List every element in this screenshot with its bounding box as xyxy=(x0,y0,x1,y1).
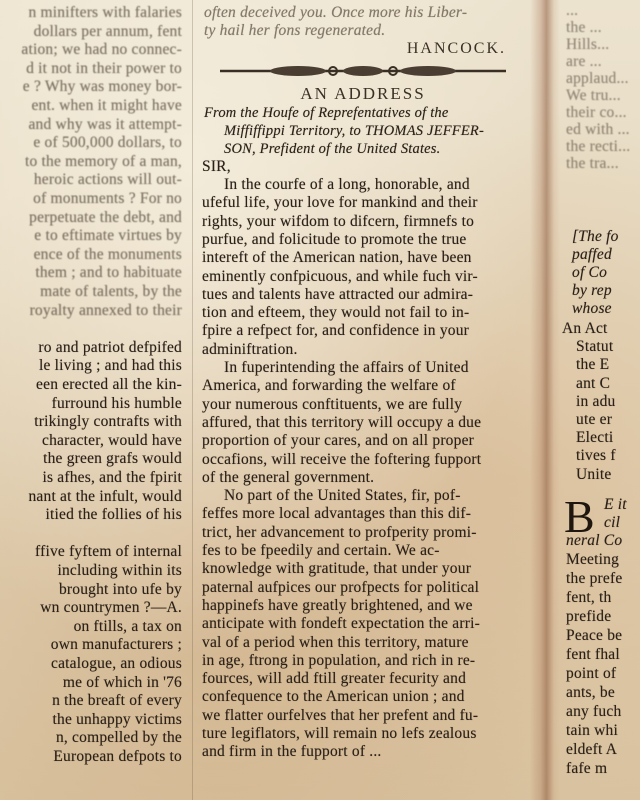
paragraph-line: No part of the United States, fir, pof- xyxy=(224,487,461,505)
right-text-line: cil xyxy=(604,514,620,532)
text-line: of monuments ? For no xyxy=(33,190,182,208)
paragraph-line: trict, her advancement to profperity pro… xyxy=(202,524,477,542)
text-line: n the breaft of every xyxy=(52,692,182,710)
right-text-line: the tra... xyxy=(566,155,619,173)
preceding-line: ty hail her fons regenerated. xyxy=(204,22,385,40)
text-line: een erected all the kin- xyxy=(36,376,182,394)
right-text-line: fent, th xyxy=(566,589,612,607)
preceding-line: often deceived you. Once more his Liber- xyxy=(204,4,467,22)
right-text-line: E it xyxy=(604,496,627,514)
right-text-line: by rep xyxy=(572,282,612,300)
text-line: itied the follies of his xyxy=(45,506,182,524)
paragraph-line: fources, will add ftill greater fecurity… xyxy=(202,670,466,688)
left-column: n minifters with falariesdollars per ann… xyxy=(0,0,186,800)
right-text-line: ute er xyxy=(576,411,612,429)
paragraph-line: anticipate with fondeft expectation the … xyxy=(202,615,480,633)
page-fold-gutter xyxy=(530,0,560,800)
salutation: SIR, xyxy=(202,158,231,176)
text-line: n minifters with falaries xyxy=(29,4,183,22)
text-line: me of which in '76 xyxy=(63,674,182,692)
paragraph-line: adminiftration. xyxy=(202,341,298,359)
paragraph-line: rights, your wifdom to difcern, firmnefs… xyxy=(202,213,474,231)
right-text-line: the recti... xyxy=(566,138,630,156)
ornament-rule-icon xyxy=(218,64,508,78)
right-text-line: [The fo xyxy=(572,228,619,246)
newspaper-page: n minifters with falariesdollars per ann… xyxy=(0,0,640,800)
paragraph-line: affured, that this territory will occupy… xyxy=(202,414,481,432)
middle-column: often deceived you. Once more his Liber-… xyxy=(200,0,526,800)
text-line: brought into ufe by xyxy=(59,581,182,599)
right-text-line: Electi xyxy=(576,429,613,447)
right-text-line: Unite xyxy=(576,466,611,484)
text-line: the unhappy victims xyxy=(52,711,182,729)
text-line: mate of talents, by the xyxy=(40,283,182,301)
right-text-line: are ... xyxy=(566,53,602,71)
text-line: trikingly contrafts with xyxy=(34,413,182,431)
text-line: them ; and to habituate xyxy=(35,264,182,282)
text-line: ent. when it might have xyxy=(31,97,182,115)
paragraph-line: ture legiflators, will remain no lefs ze… xyxy=(202,725,477,743)
text-line: nant at the infult, would xyxy=(28,488,182,506)
right-text-line: ed with ... xyxy=(566,121,630,139)
paragraph-line: intereft of the American nation, have be… xyxy=(202,249,472,267)
paragraph-line: tues and talents have attracted our admi… xyxy=(202,286,473,304)
text-line: character, would have xyxy=(42,432,182,450)
paragraph-line: in age, ftrong in population, and rich i… xyxy=(202,652,475,670)
paragraph-line: proportion of your cares, and on all pro… xyxy=(202,432,474,450)
subtitle-line: Miffiffippi Territory, to THOMAS JEFFER- xyxy=(224,122,484,140)
right-column: B ...the ...Hills...are ...applaud...We … xyxy=(562,0,640,800)
paragraph-line: ufeful life, your love for mankind and t… xyxy=(202,194,478,212)
article-title: AN ADDRESS xyxy=(200,84,526,104)
text-line: furround his humble xyxy=(52,395,182,413)
text-line: e ? Why was money bor- xyxy=(23,78,182,96)
right-text-line: Peace be xyxy=(566,627,622,645)
text-line: heroic actions will out- xyxy=(34,171,182,189)
right-text-line: their co... xyxy=(566,104,627,122)
right-text-line: Hills... xyxy=(566,36,609,54)
right-text-line: the ... xyxy=(566,19,602,37)
text-line: e to eftimate virtues by xyxy=(34,227,182,245)
text-line: including within its xyxy=(57,562,182,580)
text-line: ation; we had no connec- xyxy=(21,41,182,59)
right-text-line: We tru... xyxy=(566,87,621,105)
text-line: wn countrymen ?—A. xyxy=(40,599,182,617)
right-text-line: tain whi xyxy=(566,722,618,740)
text-line: d it not in their power to xyxy=(26,60,182,78)
right-text-line: any fuch xyxy=(566,703,621,721)
paragraph-line: feffes more local advantages than this d… xyxy=(202,505,471,523)
right-text-line: prefide xyxy=(566,608,611,626)
paragraph-line: we flatter ourfelves that her prefent an… xyxy=(202,707,478,725)
text-line: is afhes, and the fpirit xyxy=(42,469,182,487)
text-line: le living ; and had this xyxy=(39,357,182,375)
text-line: ence of the monuments xyxy=(34,246,182,264)
subtitle-line: From the Houfe of Reprefentatives of the xyxy=(204,104,449,122)
right-text-line: point of xyxy=(566,665,616,683)
paragraph-line: paternal aufpices our profpects for poli… xyxy=(202,579,479,597)
paragraph-line: fpire a refpect for, and confidence in y… xyxy=(202,322,469,340)
paragraph-line: fes to be fpeedily and certain. We ac- xyxy=(202,542,440,560)
paragraph-line: val of a period when this territory, mat… xyxy=(202,634,469,652)
paragraph-line: and firm in the fupport of ... xyxy=(202,743,381,761)
text-line: own manufacturers ; xyxy=(51,636,182,654)
text-line: ro and patriot defpifed xyxy=(38,339,182,357)
text-line: and why was it attempt- xyxy=(28,116,182,134)
paragraph-line: tion and efteem, they would not fail to … xyxy=(202,304,469,322)
right-text-line: ant C xyxy=(576,375,610,393)
right-text-line: whose xyxy=(572,300,612,318)
paragraph-line: of the general government. xyxy=(202,469,374,487)
right-text-line: neral Co xyxy=(566,532,622,550)
right-text-line: of Co xyxy=(572,264,607,282)
right-text-line: eldeft A xyxy=(566,741,617,759)
right-text-line: An Act xyxy=(562,320,608,338)
right-text-line: in adu xyxy=(576,393,616,411)
text-line: the green grafs would xyxy=(43,450,182,468)
paragraph-line: confequence to the American union ; and xyxy=(202,688,465,706)
text-line: catalogue, an odious xyxy=(51,655,182,673)
right-text-line: paffed xyxy=(572,246,612,264)
text-line: European defpots to xyxy=(53,748,182,766)
right-text-line: fent fhal xyxy=(566,646,620,664)
text-line: royalty annexed to their xyxy=(30,302,182,320)
right-text-line: Statut xyxy=(576,338,613,356)
text-line: on ftills, a tax on xyxy=(74,618,182,636)
right-text-line: the E xyxy=(576,356,609,374)
right-text-line: the prefe xyxy=(566,570,622,588)
subtitle-line: SON, Prefident of the United States. xyxy=(224,140,440,158)
right-text-line: tives f xyxy=(576,447,616,465)
text-line: perpetuate the debt, and xyxy=(29,209,182,227)
paragraph-line: eminently confpicuous, and while fuch vi… xyxy=(202,268,478,286)
paragraph-line: purfue, and folicitude to promote the tr… xyxy=(202,231,467,249)
paragraph-line: In the courfe of a long, honorable, and xyxy=(224,176,470,194)
paragraph-line: In fuperintending the affairs of United xyxy=(224,359,469,377)
paragraph-line: your numerous conftituents, we are fully xyxy=(202,396,462,414)
text-line: n, compelled by the xyxy=(56,729,182,747)
text-line: ffive fyftem of internal xyxy=(35,543,182,561)
right-text-line: applaud... xyxy=(566,70,629,88)
paragraph-line: knowledge with gratitude, that under you… xyxy=(202,560,471,578)
right-text-line: ants, be xyxy=(566,684,615,702)
paragraph-line: happinefs have greatly brightened, and w… xyxy=(202,597,473,615)
text-line: dollars per annum, fent xyxy=(34,23,182,41)
right-text-line: Meeting xyxy=(566,551,619,569)
paragraph-line: occafions, will receive the foftering fu… xyxy=(202,451,481,469)
right-text-line: ... xyxy=(566,2,578,20)
signature-hancock: HANCOCK. xyxy=(407,40,506,58)
right-text-line: fafe m xyxy=(566,760,607,778)
text-line: to the memory of a man, xyxy=(25,153,182,171)
column-rule xyxy=(192,0,193,800)
paragraph-line: America, and forwarding the welfare of xyxy=(202,377,456,395)
text-line: e of 500,000 dollars, to xyxy=(33,134,182,152)
